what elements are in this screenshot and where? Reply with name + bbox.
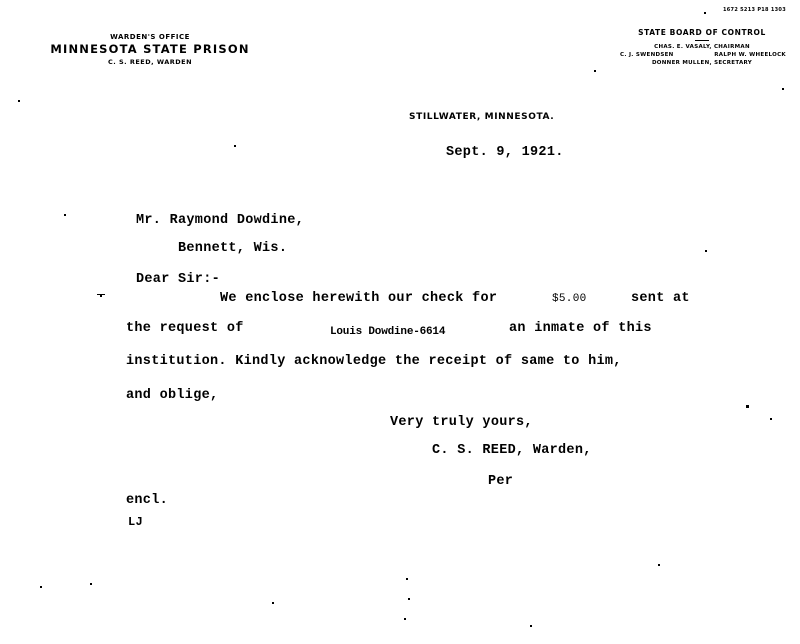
speck — [594, 70, 596, 72]
board-member-2: RALPH W. WHEELOCK — [714, 51, 786, 59]
speck — [97, 294, 105, 295]
letterhead-right: STATE BOARD OF CONTROL CHAS. E. VASALY, … — [612, 28, 792, 67]
body-line-2-end: an inmate of this — [509, 321, 652, 336]
speck — [746, 405, 749, 408]
speck — [100, 295, 102, 297]
per-line: Per — [488, 474, 513, 489]
recipient-address: Bennett, Wis. — [178, 241, 287, 256]
board-members-row: C. J. SWENDSEN RALPH W. WHEELOCK — [612, 51, 792, 59]
speck — [272, 602, 274, 604]
speck — [406, 578, 408, 580]
body-line-3: institution. Kindly acknowledge the rece… — [126, 354, 622, 369]
check-amount: $5.00 — [552, 293, 587, 305]
speck — [704, 12, 706, 14]
speck — [64, 214, 66, 216]
body-line-1-start: We enclose herewith our check for — [220, 291, 497, 306]
board-member-1: C. J. SWENDSEN — [620, 51, 674, 59]
complimentary-close: Very truly yours, — [390, 415, 533, 430]
office-label: WARDEN'S OFFICE — [40, 32, 260, 42]
speck — [408, 598, 410, 600]
letterhead-place: STILLWATER, MINNESOTA. — [409, 112, 554, 122]
board-name: STATE BOARD OF CONTROL — [612, 28, 792, 38]
speck — [770, 418, 772, 420]
speck — [530, 625, 532, 627]
body-line-1-end: sent at — [631, 291, 690, 306]
speck — [234, 145, 236, 147]
form-number: 1672 5213 P18 1303 — [723, 7, 786, 13]
typist-initials: LJ — [128, 515, 143, 529]
enclosure-note: encl. — [126, 493, 168, 508]
speck — [404, 618, 406, 620]
signer: C. S. REED, Warden, — [432, 443, 592, 458]
speck — [782, 88, 784, 90]
salutation: Dear Sir:- — [136, 272, 220, 287]
letterhead-left: WARDEN'S OFFICE MINNESOTA STATE PRISON C… — [40, 32, 260, 68]
recipient-name: Mr. Raymond Dowdine, — [136, 213, 304, 228]
body-line-4: and oblige, — [126, 388, 218, 403]
speck — [40, 586, 42, 588]
speck — [90, 583, 92, 585]
secretary: DONNER MULLEN, SECRETARY — [612, 59, 792, 67]
speck — [658, 564, 660, 566]
warden-name: C. S. REED, WARDEN — [40, 56, 260, 68]
letterhead-rule — [695, 40, 709, 41]
chairman: CHAS. E. VASALY, CHAIRMAN — [612, 43, 792, 51]
speck — [705, 250, 707, 252]
institution-name: MINNESOTA STATE PRISON — [40, 42, 260, 56]
letter-date: Sept. 9, 1921. — [446, 145, 564, 160]
inmate-name: Louis Dowdine-6614 — [330, 326, 445, 338]
speck — [18, 100, 20, 102]
body-line-2-start: the request of — [126, 321, 244, 336]
